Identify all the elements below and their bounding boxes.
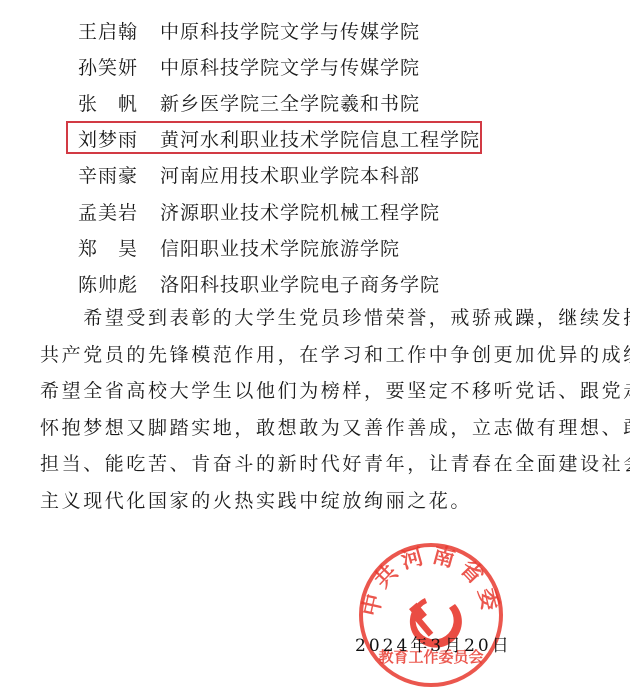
awardee-row-highlighted: 刘梦雨 黄河水利职业技术学院信息工程学院 [78, 123, 480, 153]
paragraph-line: 共产党员的先锋模范作用，在学习和工作中争创更加优异的成绩。 [40, 337, 610, 374]
awardee-name: 郑 昊 [78, 234, 160, 261]
awardee-name: 陈帅彪 [78, 270, 160, 297]
issue-date: 2024年3月20日 [355, 631, 512, 656]
awardee-row: 辛雨豪 河南应用技术职业学院本科部 [78, 159, 420, 189]
awardee-row: 孟美岩 济源职业技术学院机械工程学院 [78, 196, 440, 226]
awardee-name: 孟美岩 [78, 198, 160, 225]
awardee-name: 王启翰 [78, 17, 160, 44]
awardee-unit: 济源职业技术学院机械工程学院 [160, 198, 440, 225]
awardee-row: 孙笑妍 中原科技学院文学与传媒学院 [78, 51, 420, 81]
awardee-row: 郑 昊 信阳职业技术学院旅游学院 [78, 232, 400, 262]
svg-text:中共河南省委: 中共河南省委 [358, 542, 504, 619]
awardee-name: 辛雨豪 [78, 161, 160, 188]
awardee-unit: 新乡医学院三全学院羲和书院 [160, 89, 420, 116]
awardee-row: 陈帅彪 洛阳科技职业学院电子商务学院 [78, 268, 440, 298]
awardee-unit: 中原科技学院文学与传媒学院 [160, 53, 420, 80]
closing-paragraph: 希望受到表彰的大学生党员珍惜荣誉，戒骄戒躁，继续发挥 共产党员的先锋模范作用，在… [40, 300, 610, 519]
paragraph-line: 怀抱梦想又脚踏实地，敢想敢为又善作善成，立志做有理想、敢 [40, 410, 610, 447]
awardee-unit: 中原科技学院文学与传媒学院 [160, 17, 420, 44]
awardee-row: 王启翰 中原科技学院文学与传媒学院 [78, 15, 420, 45]
paragraph-line: 主义现代化国家的火热实践中绽放绚丽之花。 [40, 483, 610, 520]
paragraph-line: 担当、能吃苦、肯奋斗的新时代好青年，让青春在全面建设社会 [40, 446, 610, 483]
awardee-unit: 黄河水利职业技术学院信息工程学院 [160, 125, 480, 152]
paragraph-line: 希望受到表彰的大学生党员珍惜荣誉，戒骄戒躁，继续发挥 [40, 300, 610, 337]
awardee-name: 张 帆 [78, 89, 160, 116]
awardee-name: 孙笑妍 [78, 53, 160, 80]
awardee-row: 张 帆 新乡医学院三全学院羲和书院 [78, 87, 420, 117]
seal-top-text: 中共河南省委 [358, 542, 504, 619]
paragraph-line: 希望全省高校大学生以他们为榜样，要坚定不移听党话、跟党走， [40, 373, 610, 410]
official-seal-icon: 中共河南省委 教育工作委员会 [355, 540, 507, 690]
awardee-name: 刘梦雨 [78, 125, 160, 152]
awardee-unit: 信阳职业技术学院旅游学院 [160, 234, 400, 261]
awardee-unit: 河南应用技术职业学院本科部 [160, 161, 420, 188]
awardee-unit: 洛阳科技职业学院电子商务学院 [160, 270, 440, 297]
